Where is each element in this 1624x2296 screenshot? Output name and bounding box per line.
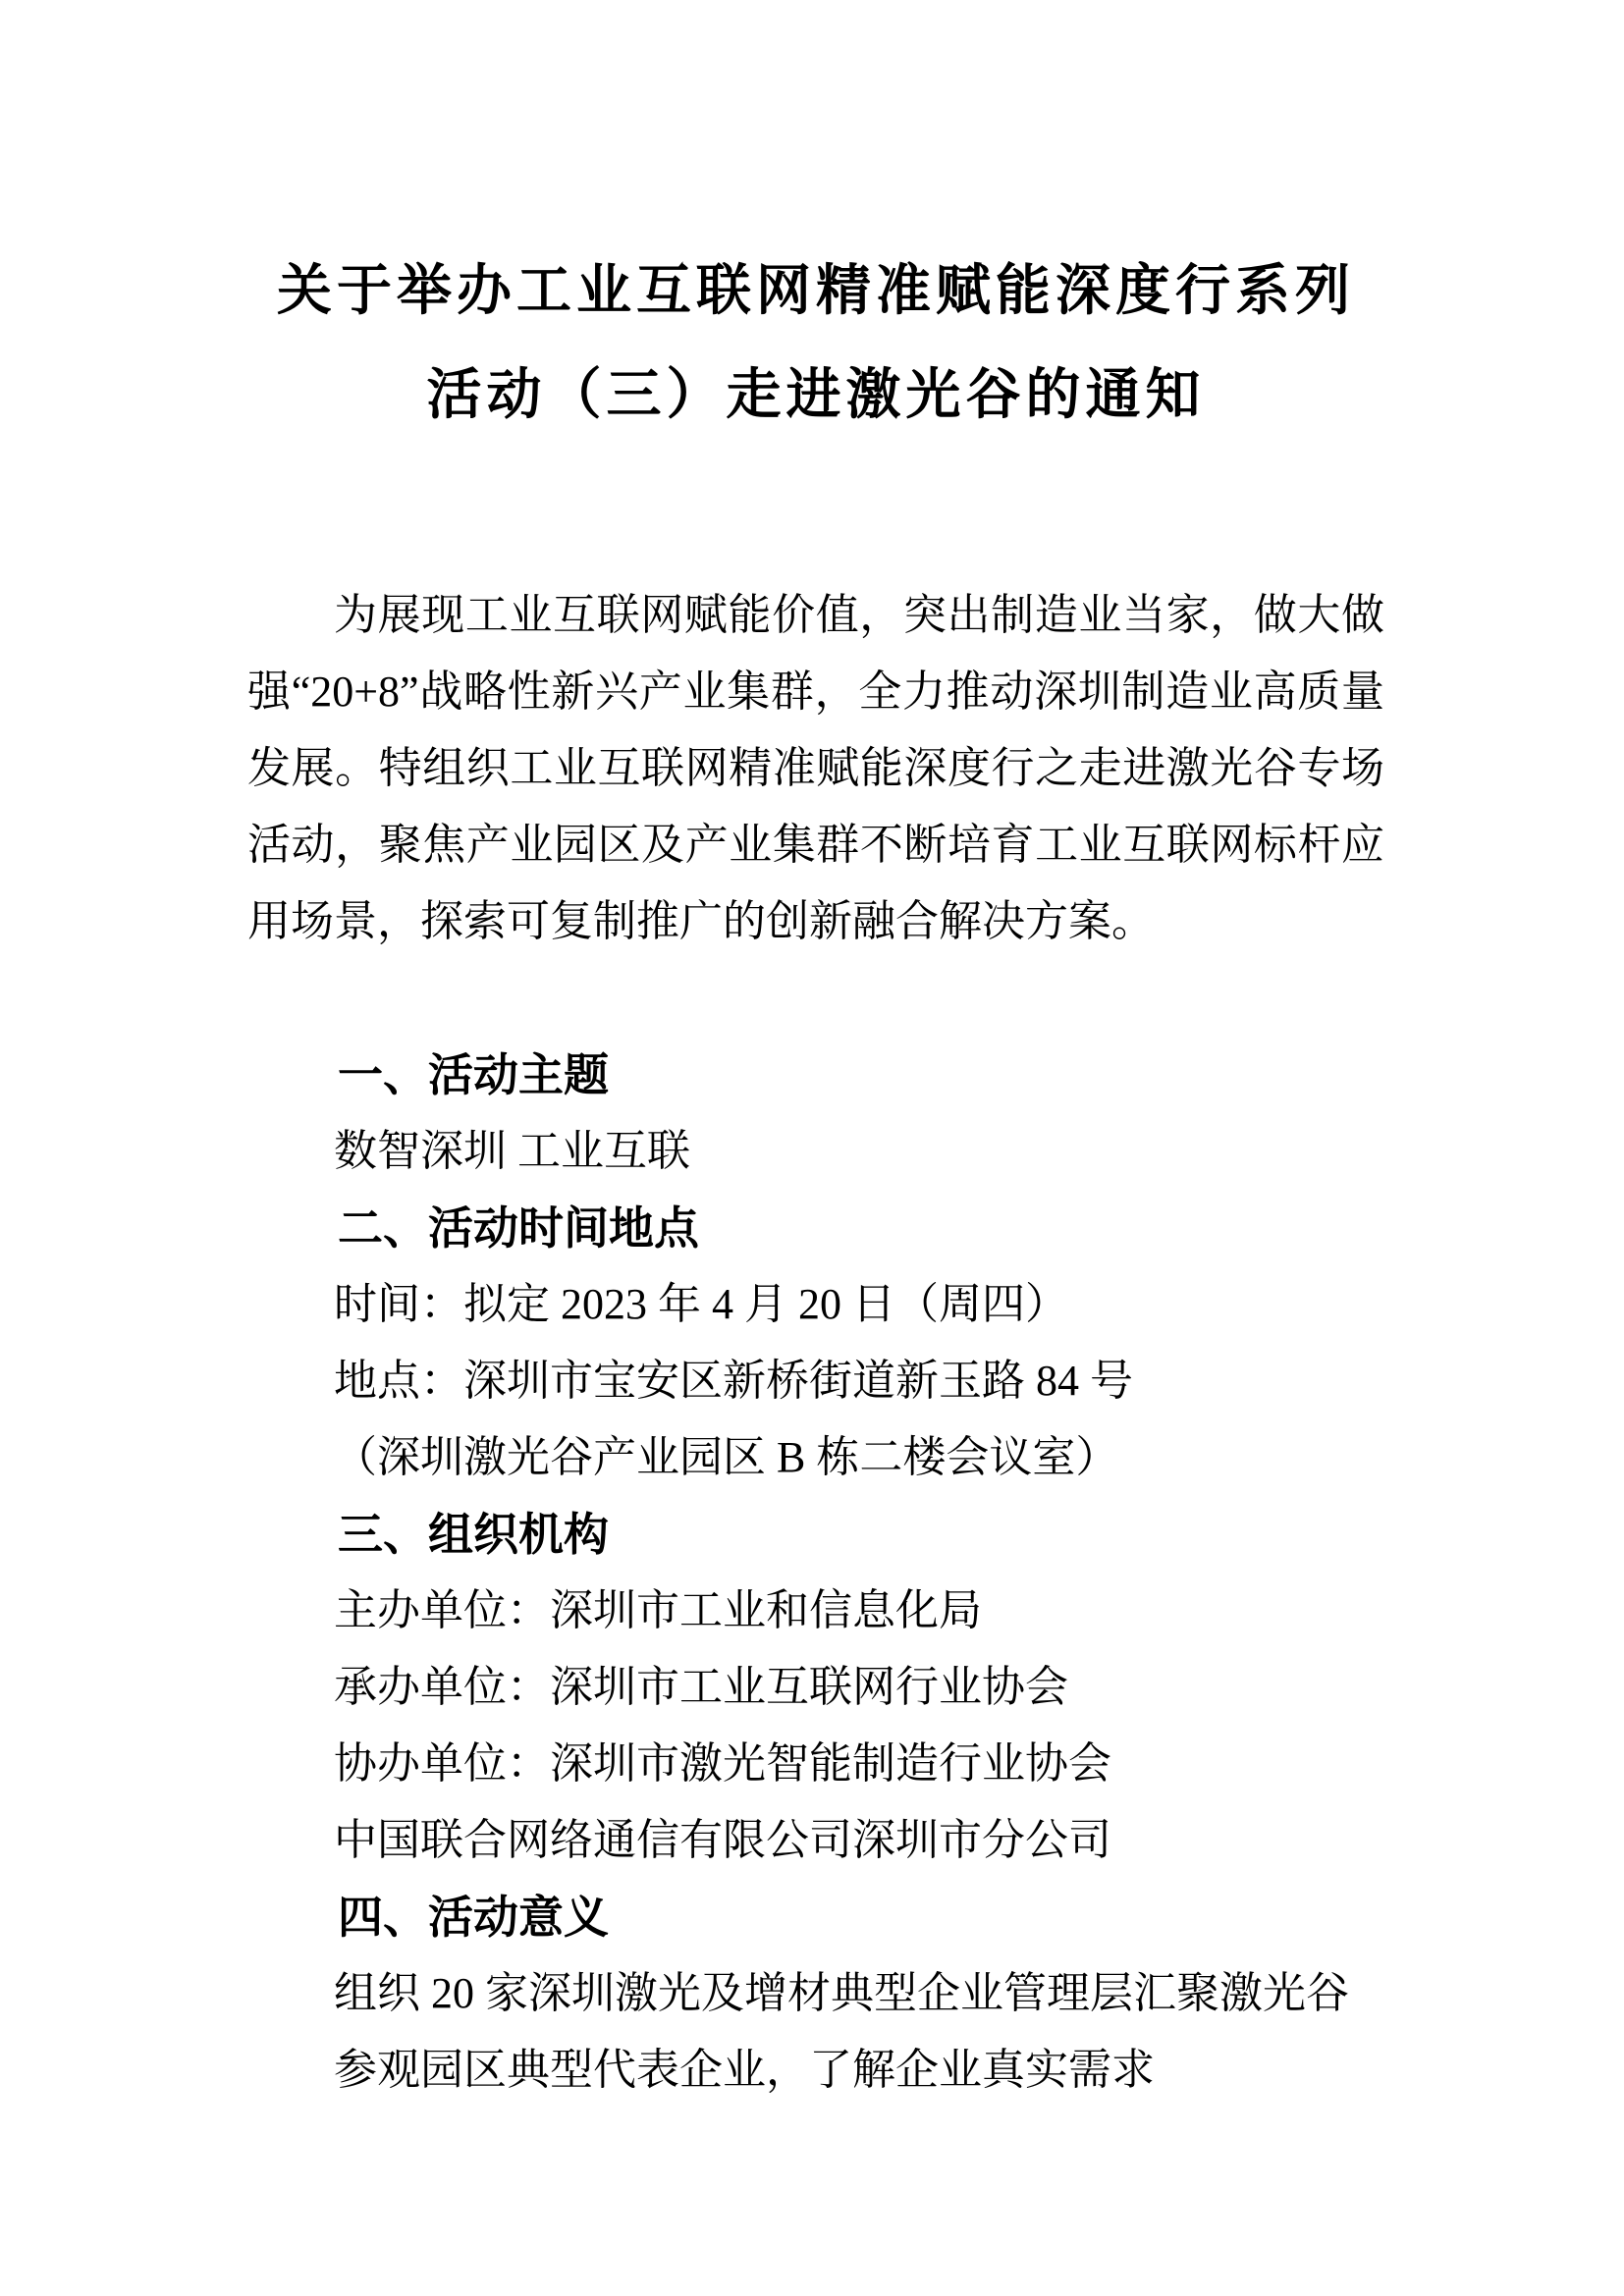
document-title-line-1: 关于举办工业互联网精准赋能深度行系列	[247, 239, 1384, 343]
organizer-unit-line: 承办单位：深圳市工业互联网行业协会	[247, 1649, 1384, 1726]
significance-line-1: 组织 20 家深圳激光及增材典型企业管理层汇聚激光谷	[247, 1955, 1384, 2032]
location-line: 地点：深圳市宝安区新桥街道新玉路 84 号	[247, 1343, 1384, 1419]
document-title-line-2: 活动（三）走进激光谷的通知	[247, 343, 1384, 447]
section-heading-time-location: 二、活动时间地点	[247, 1190, 1384, 1266]
document-title: 关于举办工业互联网精准赋能深度行系列 活动（三）走进激光谷的通知	[247, 239, 1384, 447]
intro-paragraph: 为展现工业互联网赋能价值，突出制造业当家，做大做强“20+8”战略性新兴产业集群…	[247, 577, 1384, 960]
activity-theme-text: 数智深圳 工业互联	[247, 1113, 1384, 1190]
location-detail-line: （深圳激光谷产业园区 B 栋二楼会议室）	[247, 1419, 1384, 1496]
section-heading-significance: 四、活动意义	[247, 1879, 1384, 1955]
co-organizer-unit-line: 协办单位：深圳市激光智能制造行业协会	[247, 1726, 1384, 1802]
sections: 一、活动主题 数智深圳 工业互联 二、活动时间地点 时间：拟定 2023 年 4…	[247, 1037, 1384, 2109]
host-unit-line: 主办单位：深圳市工业和信息化局	[247, 1573, 1384, 1649]
co-organizer-unit-line-2: 中国联合网络通信有限公司深圳市分公司	[247, 1802, 1384, 1879]
section-heading-organizers: 三、组织机构	[247, 1496, 1384, 1573]
document-content: 关于举办工业互联网精准赋能深度行系列 活动（三）走进激光谷的通知 为展现工业互联…	[0, 239, 1624, 2109]
section-heading-activity-theme: 一、活动主题	[247, 1037, 1384, 1113]
notice-document-page: 关于举办工业互联网精准赋能深度行系列 活动（三）走进激光谷的通知 为展现工业互联…	[0, 0, 1624, 2296]
significance-line-2: 参观园区典型代表企业，了解企业真实需求	[247, 2032, 1384, 2109]
time-line: 时间：拟定 2023 年 4 月 20 日（周四）	[247, 1266, 1384, 1343]
